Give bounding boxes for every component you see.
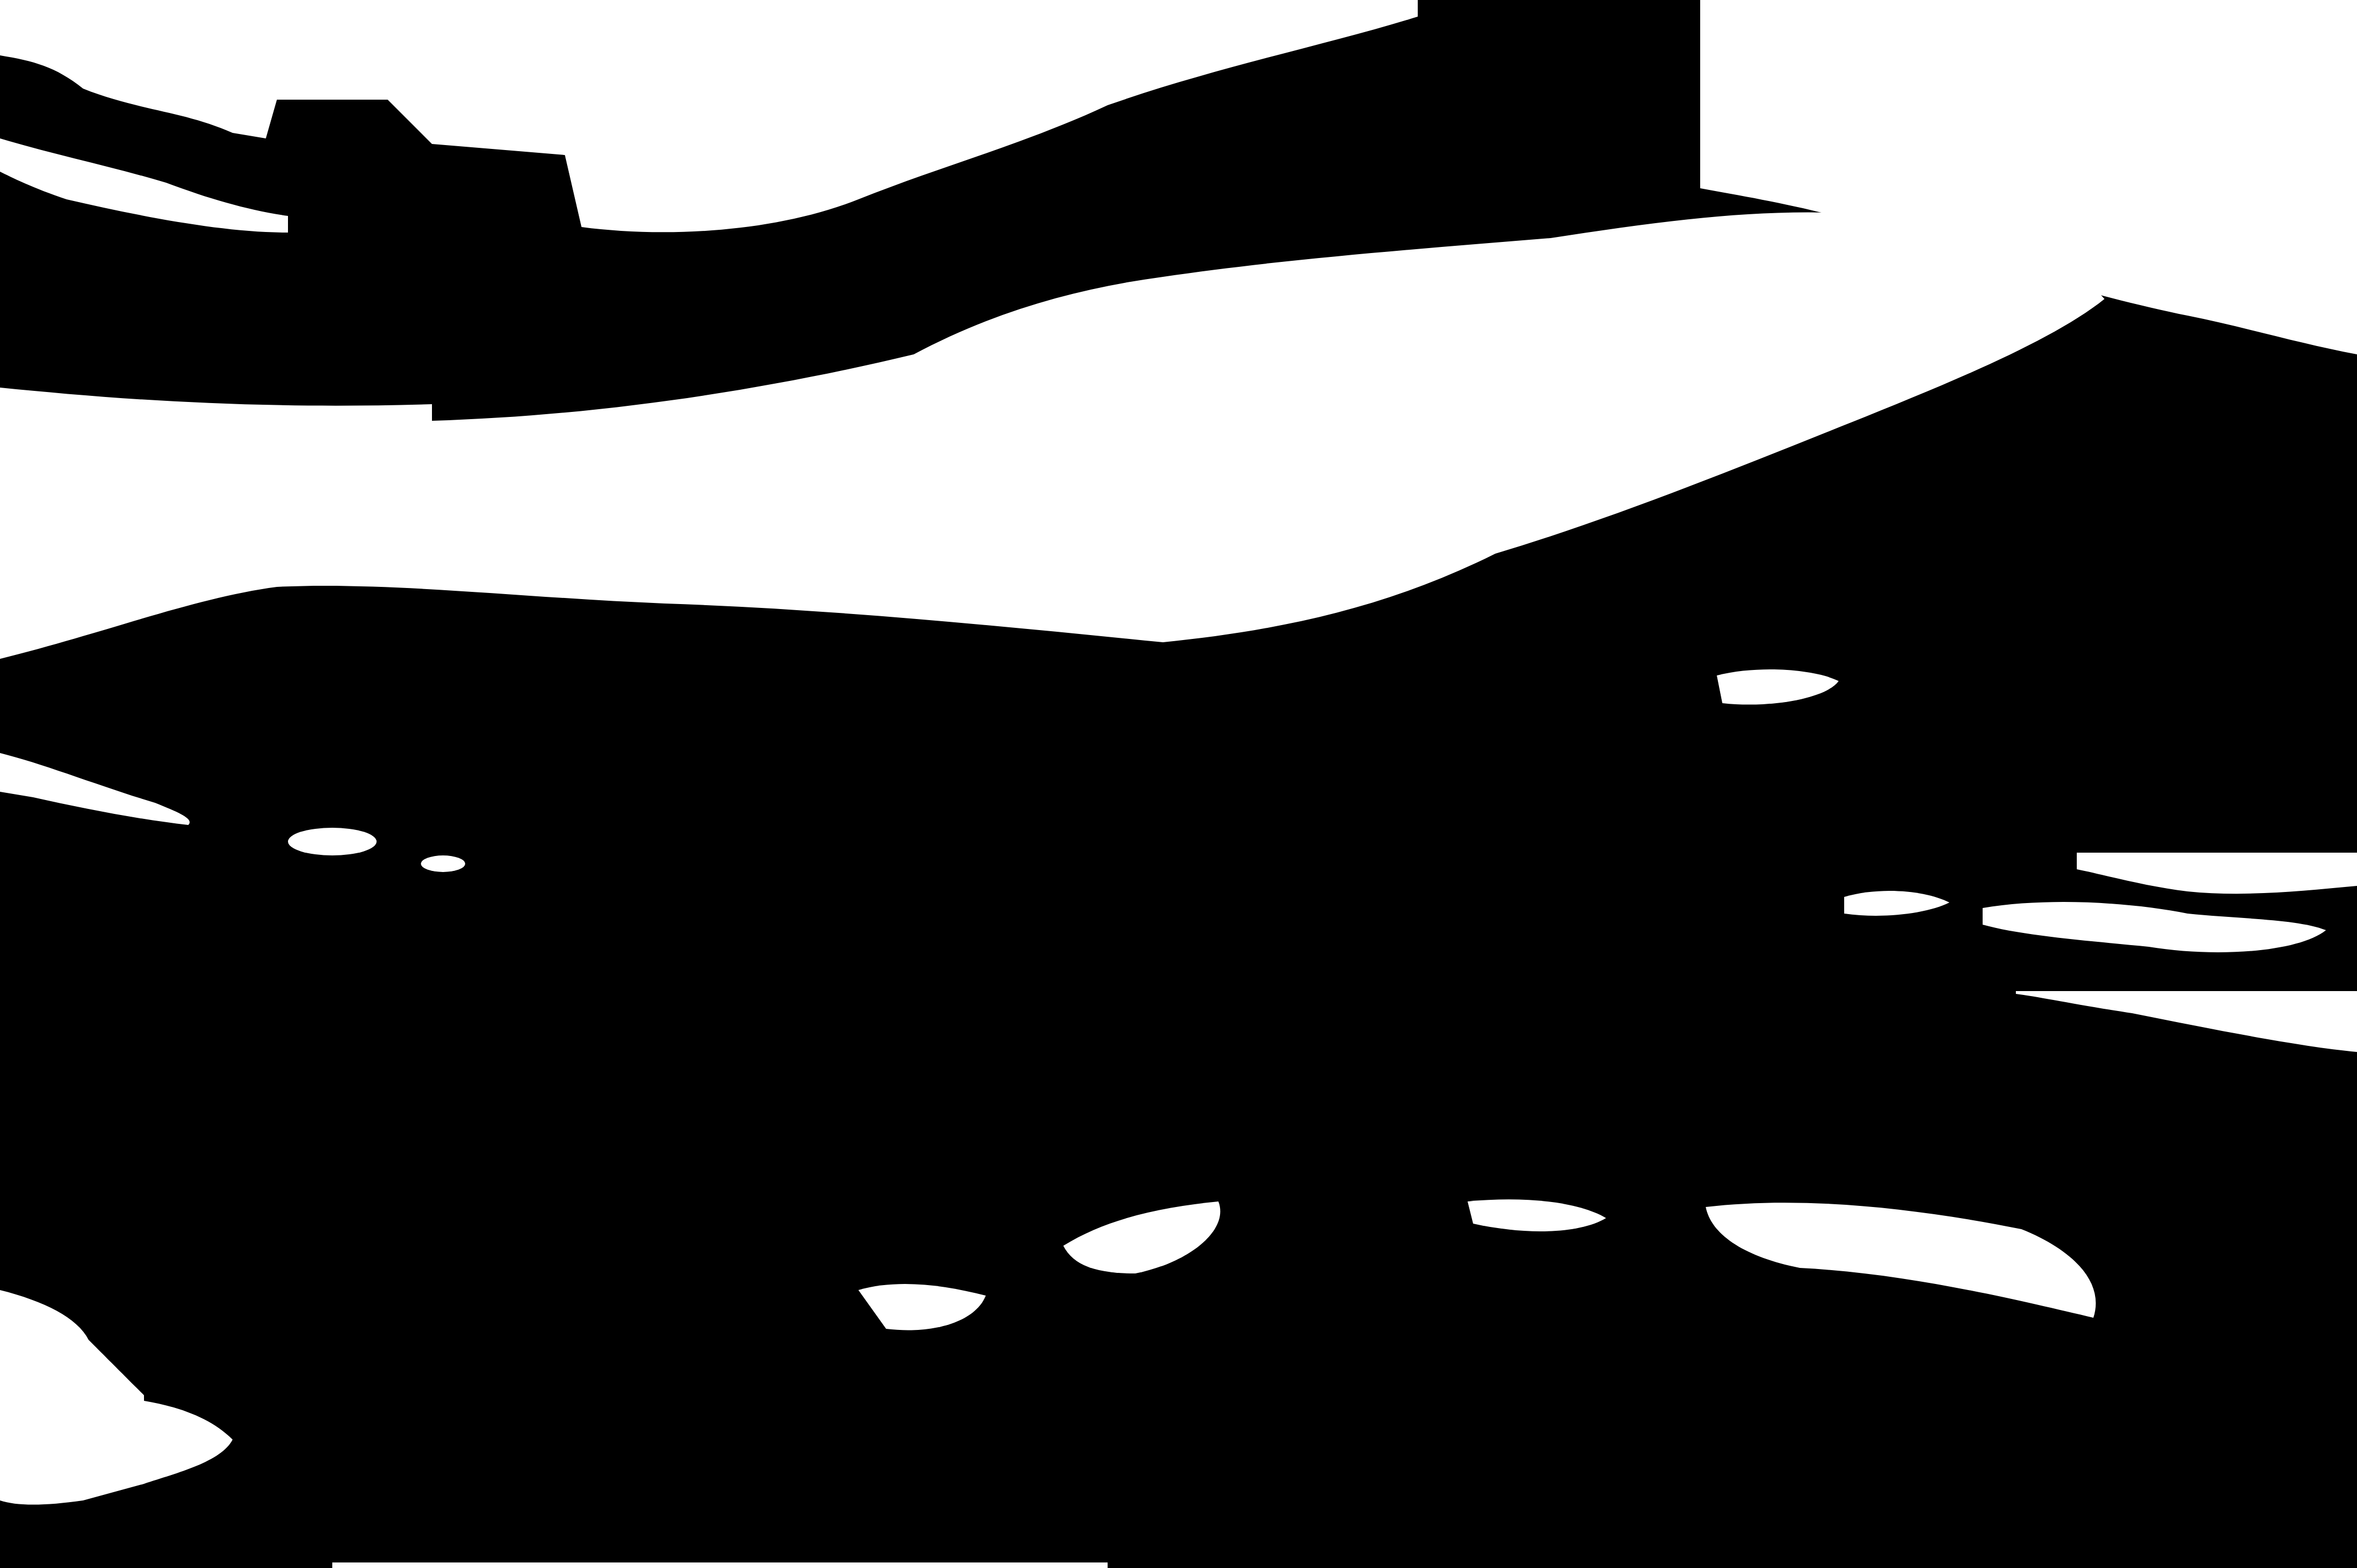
left-speckle-2 [421,855,465,872]
bottom-edge-speckle [332,1562,1108,1568]
left-speckle-1 [288,828,377,855]
binarized-photo [0,0,2357,1568]
